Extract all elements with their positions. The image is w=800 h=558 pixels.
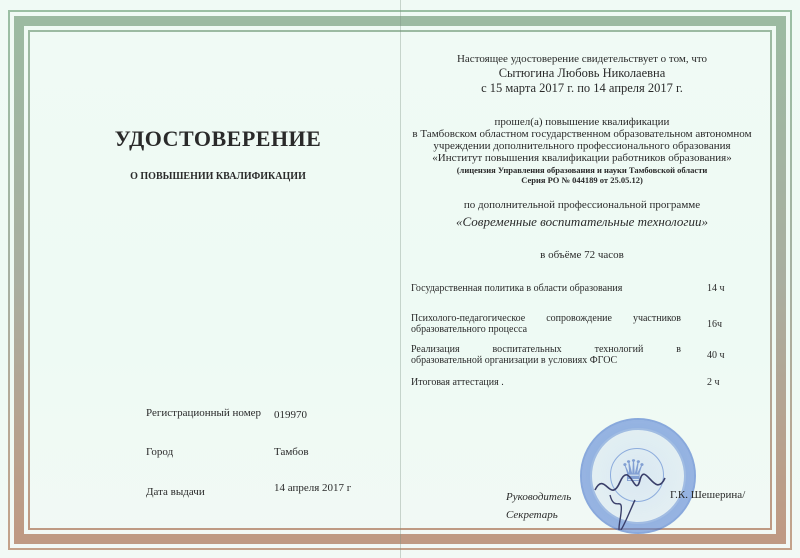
license-line-1: (лицензия Управления образования и науки… (404, 165, 760, 175)
reg-number-label: Регистрационный номер (146, 407, 261, 419)
program-name: «Современные воспитательные технологии» (404, 214, 760, 230)
subject-name: Реализация воспитательных технологий в (411, 344, 681, 355)
director-label: Руководитель (506, 491, 571, 503)
certificate-title: УДОСТОВЕРЕНИЕ (98, 126, 338, 152)
subject-name-cont: образовательного процесса (411, 324, 681, 335)
subject-hours: 40 ч (707, 350, 737, 361)
subject-hours: 2 ч (707, 377, 737, 388)
recipient-name: Сытюгина Любовь Николаевна (404, 66, 760, 81)
certificate-page: УДОСТОВЕРЕНИЕ О ПОВЫШЕНИИ КВАЛИФИКАЦИИ Р… (0, 0, 800, 558)
reg-number-value: 019970 (274, 409, 307, 421)
director-name: Г.К. Шешерина/ (670, 489, 745, 501)
subject-name: Государственная политика в области образ… (411, 283, 681, 294)
org-line-1: в Тамбовском областном государственном о… (404, 128, 760, 140)
signature-icon (590, 470, 680, 530)
city-value: Тамбов (274, 446, 309, 458)
issue-date-label: Дата выдачи (146, 486, 205, 498)
issue-date-value: 14 апреля 2017 г (274, 482, 351, 494)
subject-hours: 14 ч (707, 283, 737, 294)
page-fold (400, 0, 401, 558)
secretary-label: Секретарь (506, 509, 558, 521)
program-volume: в объёме 72 часов (404, 249, 760, 261)
org-line-3: «Институт повышения квалификации работни… (404, 152, 760, 164)
subject-hours: 16ч (707, 319, 737, 330)
program-intro: по дополнительной профессиональной прогр… (404, 199, 760, 211)
subject-name: Итоговая аттестация . (411, 377, 681, 388)
license-line-2: Серия РО № 044189 от 25.05.12) (404, 175, 760, 185)
certificate-subtitle: О ПОВЫШЕНИИ КВАЛИФИКАЦИИ (98, 171, 338, 182)
org-line-2: учреждении дополнительного профессиональ… (404, 140, 760, 152)
training-period: с 15 марта 2017 г. по 14 апреля 2017 г. (404, 81, 760, 96)
subject-name: Психолого-педагогическое сопровождение у… (411, 313, 681, 324)
subject-name-cont: образовательной организации в условиях Ф… (411, 355, 681, 366)
city-label: Город (146, 446, 173, 458)
passed-text: прошел(а) повышение квалификации (404, 116, 760, 128)
intro-text: Настоящее удостоверение свидетельствует … (404, 53, 760, 65)
